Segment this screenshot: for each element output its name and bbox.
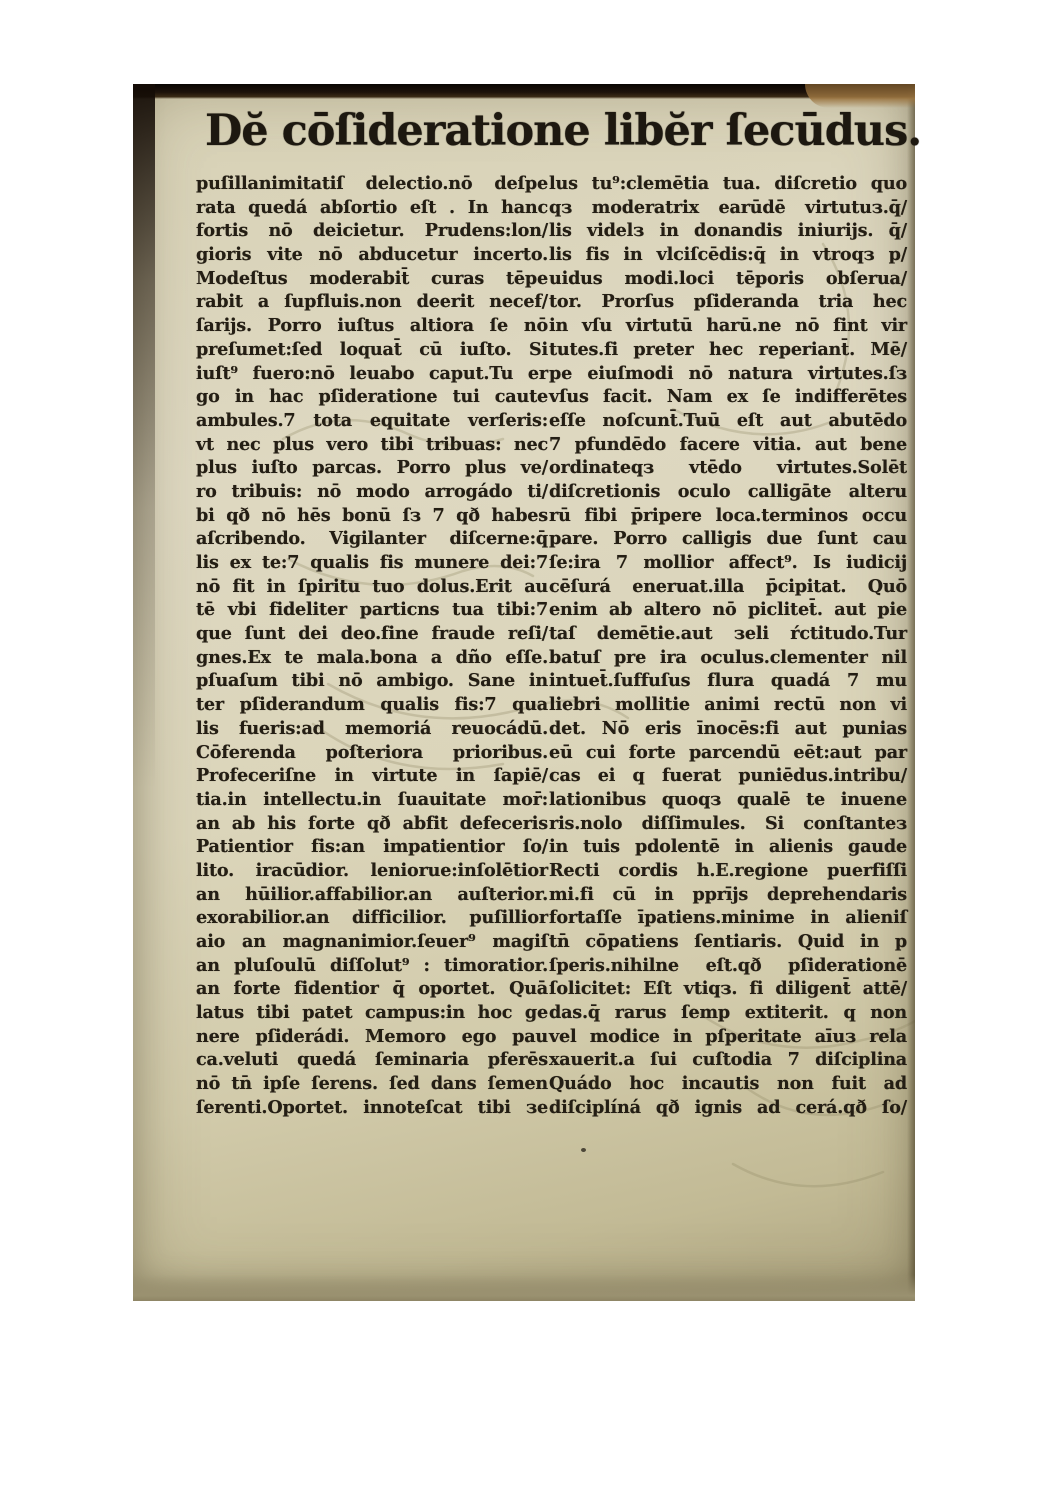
text-line: pſuaſum tibi nō ambigo. Sane in — [196, 669, 548, 693]
text-line: tia.in intellectu.in ſuauitate mor̄: — [196, 788, 548, 812]
text-line: intuet̄.ſuffuſus flura quadá 7 mu — [549, 669, 907, 693]
book-edge-top — [133, 84, 915, 99]
text-line: que ſunt dei deo.fine fraude reſi/ — [196, 622, 548, 646]
text-line: exorabilior.an difficilior. puſillior — [196, 906, 548, 930]
text-line: ſarijs. Porro iuſtus altiora ſe nō — [196, 314, 548, 338]
book-page-photo: Dĕ cōſideratione libĕr ſecūdus. puſillan… — [133, 84, 915, 1301]
text-line: ſolicitet: Eſt vtiqз. fi diligent̄ attē/ — [549, 977, 907, 1001]
text-line: ter pſiderandum qualis fis:7 qua — [196, 693, 548, 717]
text-line: vel modice in pſperitate aīuз rela — [549, 1025, 907, 1049]
text-line: Cōferenda poſteriora prioribus. — [196, 741, 548, 765]
text-line: diſciplíná qð ignis ad cerá.qð ſo/ — [549, 1096, 907, 1120]
text-line: ris.nolo diſſimules. Si conſtanteз — [549, 812, 907, 836]
text-line: ambules.7 tota equitate verſeris: — [196, 409, 548, 433]
text-line: lito. iracūdior. leniorue:inſolētior — [196, 859, 548, 883]
text-line: taſ demētie.aut зeli ŕctitudo.Tur — [549, 622, 907, 646]
text-line: tē vbi fideliter particns tua tibi:7 — [196, 598, 548, 622]
text-line: diſcretionis oculo calligāte alteru — [549, 480, 907, 504]
text-line: aſcribendo. Vigilanter diſcerne:q̄ — [196, 527, 548, 551]
text-line: lis fis in vlciſcēdis:q̄ in vtroqз p/ — [549, 243, 907, 267]
text-line: cas ei q fuerat puniēdus.intribu/ — [549, 764, 907, 788]
text-line: ordinateqз vtēdo virtutes.Solēt — [549, 456, 907, 480]
text-line: nere pſiderádi. Memoro ego pau — [196, 1025, 548, 1049]
text-line: lus tu⁹:clemētia tua. diſcretio quo — [549, 172, 907, 196]
text-line: det. Nō eris īnocēs:fi aut punias — [549, 717, 907, 741]
text-line: xauerit.a ſui cuſtodia 7 diſciplina — [549, 1048, 907, 1072]
ink-speck — [581, 1148, 586, 1152]
text-line: rabit a ſupfluis.non deerit necef/ — [196, 290, 548, 314]
text-line: Profeceriſne in virtute in ſapiē/ — [196, 764, 548, 788]
text-line: qз moderatrix earūdē virtutuз.q̄/ — [549, 196, 907, 220]
text-line: iuſt⁹ fuero:nō leuabo caput.Tu er — [196, 362, 548, 386]
text-line: vſus facit. Nam ex ſe indifferētes — [549, 385, 907, 409]
text-line: liebri mollitie animi rectū non vi — [549, 693, 907, 717]
text-line: batuſ pre ira oculus.clementer nil — [549, 646, 907, 670]
text-line: puſillanimitatiſ delectio.nō deſpe — [196, 172, 548, 196]
text-line: an forte fidentior q̄ oportet. Quā — [196, 977, 548, 1001]
text-line: eū cui forte parcendū eēt:aut par — [549, 741, 907, 765]
page-edge-bottom — [133, 1275, 915, 1301]
text-line: gnes.Ex te mala.bona a dño eſſe. — [196, 646, 548, 670]
text-line: mi.fi cū in pprījs deprehendaris — [549, 883, 907, 907]
page-title: Dĕ cōſideratione libĕr ſecūdus. — [133, 106, 915, 156]
text-line: Recti cordis h.E.regione puerfiſſi — [549, 859, 907, 883]
text-line: plus iuſto parcas. Porro plus ve/ — [196, 456, 548, 480]
text-line: rū fibi p̄ripere loca.terminos occu — [549, 504, 907, 528]
page-corner-curl — [805, 84, 915, 108]
text-line: ro tribuis: nō modo arrogádo ti/ — [196, 480, 548, 504]
text-line: lis videlз in donandis iniurijs. q̄/ — [549, 219, 907, 243]
text-line: lationibus quoqз qualē te inuene — [549, 788, 907, 812]
text-line: in tuis pdolentē in alienis gaude — [549, 835, 907, 859]
text-line: vt nec plus vero tibi tribuas: nec — [196, 433, 548, 457]
text-line: latus tibi patet campus:in hoc ge — [196, 1001, 548, 1025]
text-line: enim ab altero nō piclitet̄. aut pie — [549, 598, 907, 622]
text-line: nō tn̄ ipſe ſerens. ſed dans ſemen — [196, 1072, 548, 1096]
text-line: eſſe noſcunt̄.Tuū eſt aut abutēdo — [549, 409, 907, 433]
text-line: an ab his forte qð abfit defeceris — [196, 812, 548, 836]
text-line: tutes.fi preter hec reperiant̄. Mē/ — [549, 338, 907, 362]
text-line: rata quedá abſortio eſt . In hanc — [196, 196, 548, 220]
text-line: pare. Porro calligis due ſunt cau — [549, 527, 907, 551]
text-line: ca.veluti quedá ſeminaria pferēs — [196, 1048, 548, 1072]
text-line: ſerenti.Oportet. innoteſcat tibi зe — [196, 1096, 548, 1120]
text-line: fortis nō deicietur. Prudens:lon/ — [196, 219, 548, 243]
text-line: Patientior fis:an impatientior ſo/ — [196, 835, 548, 859]
text-line: in vſu virtutū harū.ne nō fint vir — [549, 314, 907, 338]
left-column: puſillanimitatiſ delectio.nō deſperata q… — [196, 172, 548, 1120]
text-line: lis ex te:7 qualis fis munere dei:7 — [196, 551, 548, 575]
text-line: preſumet:ſed loquat̄ cū iuſto. Si — [196, 338, 548, 362]
text-line: ſe:ira 7 mollior affect⁹. Is iudicij — [549, 551, 907, 575]
text-line: pe eiuſmodi nō natura virtutes.ſз — [549, 362, 907, 386]
text-line: an pluſoulū diſſolut⁹ : timoratior. — [196, 954, 548, 978]
text-line: nō fit in ſpiritu tuo dolus.Erit au — [196, 575, 548, 599]
text-line: cēſurá eneruat.illa p̄cipitat. Quō — [549, 575, 907, 599]
page-edge-right — [907, 84, 915, 1301]
text-line: go in hac pſideratione tui caute — [196, 385, 548, 409]
text-line: tor. Prorſus pſideranda tria hec — [549, 290, 907, 314]
text-line: fortaſſe īpatiens.minime in alieniſ — [549, 906, 907, 930]
text-line: bi qð nō hēs bonū ſз 7 qð habes — [196, 504, 548, 528]
text-line: an hūilior.affabilior.an auſterior. — [196, 883, 548, 907]
text-line: uidus modi.loci tēporis obſerua/ — [549, 267, 907, 291]
text-line: lis fueris:ad memoriá reuocádū. — [196, 717, 548, 741]
right-column: lus tu⁹:clemētia tua. diſcretio quoqз mo… — [549, 172, 907, 1120]
text-line: tn̄ cōpatiens ſentiaris. Quid in p — [549, 930, 907, 954]
text-line: ſperis.nihilne eſt.qð pſiderationē — [549, 954, 907, 978]
text-line: das.q̄ rarus ſemp extiterit. q non — [549, 1001, 907, 1025]
text-line: gioris vite nō abducetur incerto. — [196, 243, 548, 267]
text-line: aio an magnanimior.ſeuer⁹ magiſ — [196, 930, 548, 954]
text-line: Quádo hoc incautis non fuit ad — [549, 1072, 907, 1096]
text-line: Modeſtus moderabit̄ curas tēpe — [196, 267, 548, 291]
text-line: 7 pfundēdo facere vitia. aut bene — [549, 433, 907, 457]
book-edge-left — [133, 84, 155, 790]
